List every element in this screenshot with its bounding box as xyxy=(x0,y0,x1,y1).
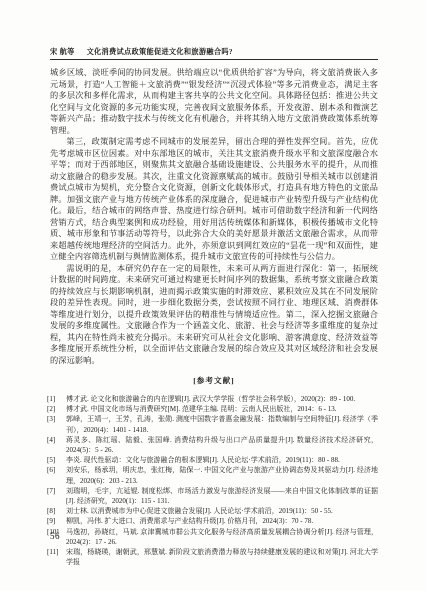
reference-item: [3] 郭峰，王靖一，王芳，孔涛，张勋. 测度中国数字普惠金融发展：指数编制与空… xyxy=(47,414,378,434)
reference-item: [9] 柳凯，冯伟. 扩大进口、消费需求与产业结构升级[J]. 价格月刊，202… xyxy=(47,516,378,526)
reference-text: 刘瑞明，毛宇，亢延锟. 制度松绑、市场活力激发与旅游经济发展——来自中国文化体制… xyxy=(62,486,378,506)
reference-number: [6] xyxy=(47,465,62,485)
reference-text: 李炎. 现代性驱动：文化与旅游融合的根本逻辑[J]. 人民论坛·学术前沿，201… xyxy=(62,455,378,465)
page-number: 56 xyxy=(50,531,60,541)
reference-text: 刘安乐，杨承玥，明庆忠，张红梅，陆保一. 中国文化产业与旅游产业协调态势及其驱动… xyxy=(62,465,378,485)
reference-item: [5] 李炎. 现代性驱动：文化与旅游融合的根本逻辑[J]. 人民论坛·学术前沿… xyxy=(47,455,378,465)
body-paragraph: 需说明的是，本研究仍存在一定的局限性，未来可从两方面进行深化：第一，拓展统计数据… xyxy=(50,263,378,367)
reference-text: 柳凯，冯伟. 扩大进口、消费需求与产业结构升级[J]. 价格月刊，2024(3)… xyxy=(62,516,378,526)
running-header: 宋 航等 文化消费试点政策能促进文化和旅游融合吗? xyxy=(50,48,378,57)
reference-text: 郭峰，王靖一，王芳，孔涛，张勋. 测度中国数字普惠金融发展：指数编制与空间特征[… xyxy=(62,414,378,434)
reference-number: [7] xyxy=(47,486,62,506)
running-header-author: 宋 航等 xyxy=(50,48,75,57)
reference-number: [1] xyxy=(47,394,62,404)
reference-text: 傅才武. 中国文化市场与消费研究[M]. 范建华主编. 昆明：云南人民出版社，2… xyxy=(62,404,378,414)
reference-text: 刘士林. 以消费城市为中心促进文旅融合发展[J]. 人民论坛·学术前沿，2019… xyxy=(62,506,378,516)
paper-page: 宋 航等 文化消费试点政策能促进文化和旅游融合吗? 城乡区域、淡旺季间的协同发展… xyxy=(0,0,427,591)
reference-item: [8] 刘士林. 以消费城市为中心促进文旅融合发展[J]. 人民论坛·学术前沿，… xyxy=(47,506,378,516)
reference-number: [9] xyxy=(47,516,62,526)
reference-item: [1] 傅才武. 论文化和旅游融合的内在逻辑[J]. 武汉大学学报（哲学社会科学… xyxy=(47,394,378,404)
header-rule-divider xyxy=(50,59,378,60)
reference-item: [7] 刘瑞明，毛宇，亢延锟. 制度松绑、市场活力激发与旅游经济发展——来自中国… xyxy=(47,486,378,506)
reference-number: [4] xyxy=(47,435,62,455)
references-section-title: [参考文献] xyxy=(50,375,378,386)
reference-number: [8] xyxy=(47,506,62,516)
reference-text: 宋瑞，杨晓瑛，谢朝武，邢慧斌. 新阶段文旅消费潜力释放与持续健康发展的建议和对策… xyxy=(62,547,378,567)
reference-number: [5] xyxy=(47,455,62,465)
reference-text: 马逸初，孙晓红，马斌. 京津冀城市群公共文化服务与经济高质量发展耦合协调分析[J… xyxy=(62,527,378,547)
references-list: [1] 傅才武. 论文化和旅游融合的内在逻辑[J]. 武汉大学学报（哲学社会科学… xyxy=(50,394,378,567)
reference-text: 蒋灵多、陈红瑶、陆毅、张国峰. 消费结构升级与出口产品质量提升[J]. 数量经济… xyxy=(62,435,378,455)
reference-number: [3] xyxy=(47,414,62,434)
reference-text: 傅才武. 论文化和旅游融合的内在逻辑[J]. 武汉大学学报（哲学社会科学版），2… xyxy=(62,394,378,404)
body-text: 城乡区域、淡旺季间的协同发展。供给端应以“优质供给扩容”为导向，将文旅消费嵌入多… xyxy=(50,67,378,366)
reference-item: [2] 傅才武. 中国文化市场与消费研究[M]. 范建华主编. 昆明：云南人民出… xyxy=(47,404,378,414)
running-header-title: 文化消费试点政策能促进文化和旅游融合吗? xyxy=(87,48,233,57)
reference-number: [2] xyxy=(47,404,62,414)
reference-item: [6] 刘安乐，杨承玥，明庆忠，张红梅，陆保一. 中国文化产业与旅游产业协调态势… xyxy=(47,465,378,485)
body-paragraph: 城乡区域、淡旺季间的协同发展。供给端应以“优质供给扩容”为导向，将文旅消费嵌入多… xyxy=(50,67,378,136)
reference-item: [11] 宋瑞，杨晓瑛，谢朝武，邢慧斌. 新阶段文旅消费潜力释放与持续健康发展的… xyxy=(47,547,378,567)
body-paragraph: 第三，政策制定需考虑不同城市的发展差异，留出合理的弹性发挥空间。首先，应优先考虑… xyxy=(50,136,378,263)
text-column: 宋 航等 文化消费试点政策能促进文化和旅游融合吗? 城乡区域、淡旺季间的协同发展… xyxy=(50,48,378,567)
reference-item: [4] 蒋灵多、陈红瑶、陆毅、张国峰. 消费结构升级与出口产品质量提升[J]. … xyxy=(47,435,378,455)
reference-number: [11] xyxy=(47,547,62,567)
reference-item: [10] 马逸初，孙晓红，马斌. 京津冀城市群公共文化服务与经济高质量发展耦合协… xyxy=(47,527,378,547)
